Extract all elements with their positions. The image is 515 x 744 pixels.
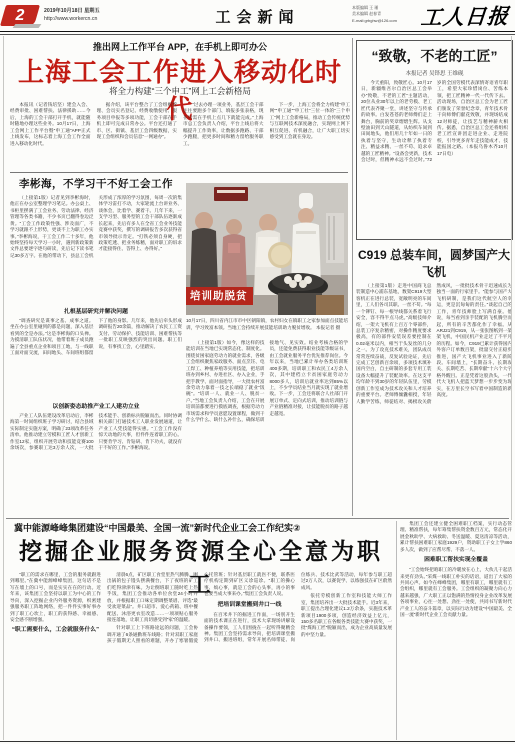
left-article-subhead2: 以创新姿态助推产业工人建功立业 xyxy=(10,401,182,410)
bottom-article-body: “职工的需求在哪里，工会的服务就跟进到哪里。”在冀中能源峰峰集团，这句话不是写在… xyxy=(10,572,392,740)
left-article-body-c: 产业工人队伍建设改革启动后，李彬海第一时间组织班子学习研讨，结合县域实际制定实施… xyxy=(10,413,182,513)
training-photo: 培训助脱贫 xyxy=(186,183,348,315)
column-rule xyxy=(352,38,353,516)
top-story-col3: “过去办理一项业务，基层工会干部往往要跑多个部门、填报多张表格，现在只需在手机上… xyxy=(183,102,264,147)
bottom-subhead3: 困难职工帮扶实现全覆盖 xyxy=(400,556,512,564)
page-edge-left xyxy=(3,36,4,740)
bottom-p1: “职工的需求在哪里，工会的服务就跟进到哪里。”在冀中能源峰峰集团，这句话不是写在… xyxy=(10,572,101,623)
left-article: 李彬海，不学习干不好工会工作 （上接第1版）记者见到李彬海时，他正在办公室整理学… xyxy=(10,176,182,516)
craftsman-byline: 本报记者 吴铎思 王维砚 xyxy=(361,69,508,77)
page-bottom-rule xyxy=(0,741,515,742)
top-story-col4: 下一步，上海工会将全力构建“申工网”“申工通”“申工社”三位一体的“三个申工”网… xyxy=(270,102,351,141)
c919-body: （上接第1版）走进中国商飞总装制造中心浦东基地，数架C919大型客机正在进行总装… xyxy=(356,283,512,516)
left-article-body-a: （上接第1版）记者见到李彬海时，他正在办公室整理学习笔记。办公桌上、书柜里摆满了… xyxy=(10,195,182,303)
header-rule-thin xyxy=(0,34,515,35)
bottom-article-col5: 集团工会还建立健全困难职工档案，实行动态管理、精准帮扶，每年筹集帮扶资金数百万元… xyxy=(400,521,512,740)
bottom-subhead1: “职工需要什么，工会就服务什么” xyxy=(10,626,101,634)
section-divider xyxy=(6,518,509,519)
bottom-p6: 集团工会还建立健全困难职工档案，实行动态管理、精准帮扶，每年筹集帮扶资金数百万元… xyxy=(400,521,512,553)
craftsman-headline: “致敬，不老的工匠” xyxy=(361,46,508,66)
top-story-col2: 据介绍，该平台整合了工会组织管理、会员实名登记、经费收缴使用、服务项目申报等多项… xyxy=(97,102,178,141)
divider xyxy=(10,172,348,173)
bottom-p5: 依托劳模创新工作室和技能大师工作室，集团培养出一大批技术能手。近3年来，职工提出… xyxy=(301,593,392,638)
left-article-body-b: “调查研究是谋事之基、成事之道。坐在办公室里碰到的都是问题，深入基层看到的全是办… xyxy=(10,318,182,398)
bottom-subhead2: 把培训课堂搬到井口一线 xyxy=(204,601,295,609)
photo-credit: 本报记者 摄 xyxy=(316,325,340,330)
top-story-subhead: 将全力构建“三个申工”网上工会新格局 xyxy=(20,85,340,97)
page-edge-right xyxy=(511,36,512,520)
bottom-column-rule xyxy=(396,521,397,740)
bottom-p2: 清晨6点，矿区职工食堂里热气腾腾，刚出锅的包子馒头摆满餐台，下了夜班的矿工们吃得… xyxy=(107,572,198,623)
top-story-col1: 本报讯（记者钱培坚）建会入会、经费审批、困难帮扶、法律援助……今后，上海的工会干… xyxy=(10,102,91,147)
c919-headline: C919 总装车间，圆梦国产大飞机 xyxy=(356,246,512,280)
craftsman-article: “致敬，不老的工匠” 本报记者 吴铎思 王维砚 今天重阳，致敬匠心。10月17日… xyxy=(356,40,513,240)
c919-article: C919 总装车间，圆梦国产大飞机 （上接第1版）走进中国商飞总装制造中心浦东基… xyxy=(356,246,512,516)
left-article-subhead1: 扎根基层研究并解决问题 xyxy=(10,306,182,315)
header-rule xyxy=(0,31,515,32)
masthead-logo: 工人日报 xyxy=(420,0,511,32)
photo-caption: 10月17日，四川省内江市市中区朝阳镇，农村妇女在镇职工之家参加面点技能培训，学… xyxy=(186,318,348,336)
bottom-p7: “工会始终把咱职工的冷暖放在心上，大伙儿干起活来更有劲头。”采煤一线职工朴实的话… xyxy=(400,567,512,618)
middle-article-body: （上接第1版）如今，像这样的技能培训在当地已实现常态化、制度化。围绕贫困家庭劳动… xyxy=(186,340,348,516)
top-story-body: 本报讯（记者钱培坚）建会入会、经费审批、困难帮扶、法律援助……今后，上海的工会干… xyxy=(10,102,350,168)
photo-label: 培训助脱贫 xyxy=(186,287,253,305)
newspaper-page: 2 2019年10月18日 星期五 http://www.workercn.cn… xyxy=(0,0,515,744)
craftsman-body: 今天重阳，致敬匠心。10月17日，新疆维吾尔自治区总工会举办“致敬，不老的工匠”… xyxy=(361,80,508,226)
left-article-headline: 李彬海，不学习干不好工会工作 xyxy=(10,176,182,191)
